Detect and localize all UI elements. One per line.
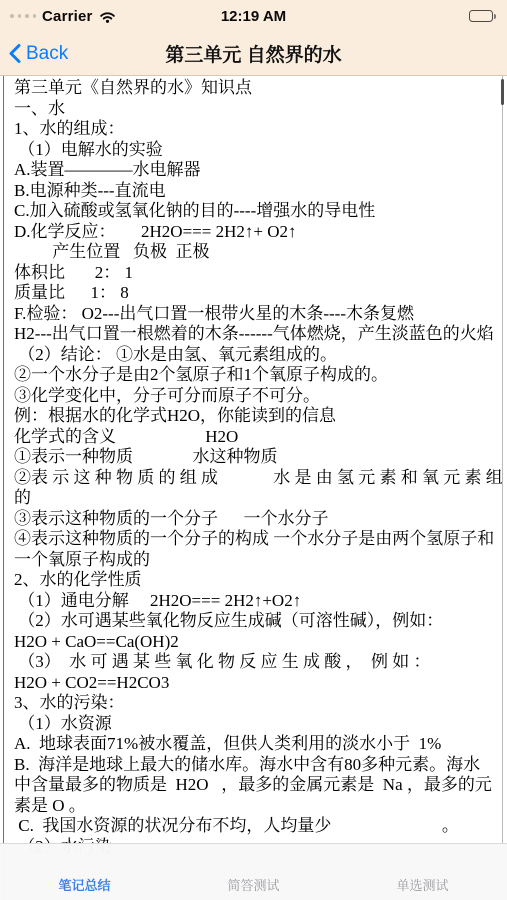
text-line: 素是 O 。 [14, 796, 498, 817]
text-line: B.电源种类---直流电 [14, 181, 498, 202]
text-line: （2）水可遇某些氧化物反应生成碱（可溶性碱），例如： [14, 611, 498, 632]
text-line: ①表示一种物质 水这种物质 [14, 447, 498, 468]
text-line: 的 [14, 488, 498, 509]
text-line: D.化学反应： 2H2O=== 2H2↑+ O2↑ [14, 222, 498, 243]
text-line: 产生位置 负极 正极 [14, 242, 498, 263]
text-line: （1）通电分解 2H2O=== 2H2↑+O2↑ [14, 591, 498, 612]
text-line: 中含量最多的物质是 H2O ，最多的金属元素是 Na ，最多的元 [14, 775, 498, 796]
text-line: A.装置————水电解器 [14, 160, 498, 181]
tab-notes-summary[interactable]: 笔记总结 [0, 844, 169, 900]
status-bar: 12:19 AM Carrier [0, 0, 507, 32]
text-line: ③表示这种物质的一个分子 一个水分子 [14, 509, 498, 530]
text-line: 化学式的含义 H2O [14, 427, 498, 448]
text-line: H2O + CaO==Ca(OH)2 [14, 632, 498, 653]
text-line: A. 地球表面71%被水覆盖，但供人类利用的淡水小于 1% [14, 734, 498, 755]
text-line: 例：根据水的化学式H2O，你能读到的信息 [14, 406, 498, 427]
text-line: 体积比 2： 1 [14, 263, 498, 284]
text-line: 3、水的污染： [14, 693, 498, 714]
tab-bar: 笔记总结简答测试单选测试 [0, 843, 507, 900]
text-line: 质量比 1： 8 [14, 283, 498, 304]
battery-half-icon [469, 10, 493, 22]
back-label: Back [26, 43, 68, 65]
tab-multiple-choice-quiz[interactable]: 单选测试 [338, 844, 507, 900]
text-line: C. 我国水资源的状况分布不均，人均量少 。 [14, 816, 498, 837]
back-button[interactable]: Back [8, 32, 68, 75]
text-line: H2O + CO2==H2CO3 [14, 673, 498, 694]
text-line: C.加入硫酸或氢氧化钠的目的----增强水的导电性 [14, 201, 498, 222]
text-line: （1）水资源 [14, 714, 498, 735]
text-line: ③化学变化中，分子可分而原子不可分。 [14, 386, 498, 407]
text-line: ②表 示 这 种 物 质 的 组 成 水 是 由 氢 元 素 和 氧 元 素 组… [14, 468, 498, 489]
wifi-icon [99, 11, 116, 23]
text-line: H2---出气口置一根燃着的木条------气体燃烧，产生淡蓝色的火焰 [14, 324, 498, 345]
text-line: 第三单元《自然界的水》知识点 [14, 78, 498, 99]
text-line: F.检验： O2---出气口置一根带火星的木条----木条复燃 [14, 304, 498, 325]
text-line: 2、水的化学性质 [14, 570, 498, 591]
nav-bar: Back 第三单元 自然界的水 [0, 32, 507, 76]
notes-text-view[interactable]: 第三单元《自然界的水》知识点一、水1、水的组成： （1）电解水的实验A.装置——… [3, 76, 503, 900]
chevron-left-icon [8, 43, 21, 64]
text-line: 1、水的组成： [14, 119, 498, 140]
signal-dots-icon [10, 14, 36, 18]
text-line: ④表示这种物质的一个分子的构成 一个水分子是由两个氢原子和 [14, 529, 498, 550]
text-line: 一个氧原子构成的 [14, 550, 498, 571]
carrier-label: Carrier [42, 8, 93, 25]
text-line: （1）电解水的实验 [14, 140, 498, 161]
tab-short-answer-quiz[interactable]: 简答测试 [169, 844, 338, 900]
text-line: ②一个水分子是由2个氢原子和1个氧原子构成的。 [14, 365, 498, 386]
text-line: （3） 水 可 遇 某 些 氧 化 物 反 应 生 成 酸 ， 例 如 ： [14, 652, 498, 673]
text-line: B. 海洋是地球上最大的储水库。海水中含有80多种元素。海水 [14, 755, 498, 776]
text-line: 一、水 [14, 99, 498, 120]
scrollbar-indicator[interactable] [501, 79, 504, 105]
page-title: 第三单元 自然界的水 [165, 40, 341, 67]
top-chrome: 12:19 AM Carrier Back 第三单元 自然界的水 [0, 0, 507, 76]
text-line: （2）结论： ①水是由氢、氧元素组成的。 [14, 345, 498, 366]
